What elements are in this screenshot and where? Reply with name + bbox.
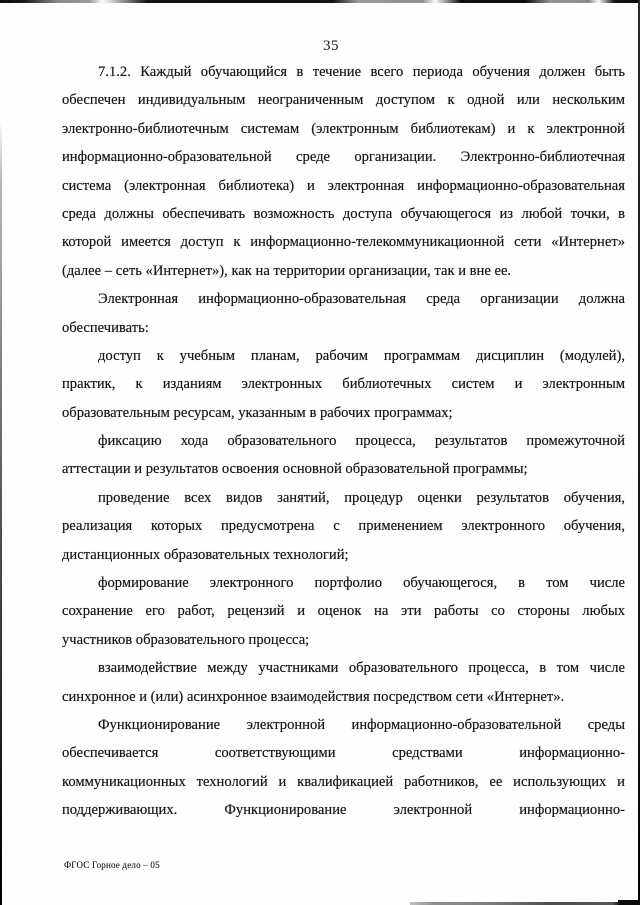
paragraph: Функционирование электронной информацион… — [62, 711, 625, 825]
text-line: коммуникационных технологий и квалификац… — [62, 768, 625, 796]
text-line: реализация которых предусмотрена с приме… — [62, 512, 625, 540]
text-line: поддерживающих. Функционирование электро… — [62, 796, 625, 824]
text-line: Функционирование электронной информацион… — [62, 711, 625, 739]
text-line: (далее – сеть «Интернет»), как на террит… — [62, 257, 625, 285]
text-line: обеспечен индивидуальным неограниченным … — [62, 86, 625, 114]
text-line: взаимодействие между участниками образов… — [62, 654, 625, 682]
scan-artifact-top-edge — [0, 0, 640, 3]
text-line: обеспечивать: — [62, 314, 625, 342]
text-line: практик, к изданиям электронных библиоте… — [62, 370, 625, 398]
text-line: электронно-библиотечным системам (электр… — [62, 115, 625, 143]
paragraph: фиксацию хода образовательного процесса,… — [62, 427, 625, 484]
paragraph: Электронная информационно-образовательна… — [62, 285, 625, 342]
text-line: Электронная информационно-образовательна… — [62, 285, 625, 313]
document-body: 7.1.2. Каждый обучающийся в течение всег… — [62, 58, 625, 825]
text-line: информационно-образовательной среде орга… — [62, 143, 625, 171]
paragraph: взаимодействие между участниками образов… — [62, 654, 625, 711]
scanned-document-page: 35 7.1.2. Каждый обучающийся в течение в… — [0, 0, 640, 905]
paragraph: 7.1.2. Каждый обучающийся в течение всег… — [62, 58, 625, 285]
paragraph: проведение всех видов занятий, процедур … — [62, 484, 625, 569]
text-line: среда должны обеспечивать возможность до… — [62, 200, 625, 228]
scan-artifact-left-edge — [0, 120, 2, 905]
text-line: синхронное и (или) асинхронное взаимодей… — [62, 683, 625, 711]
paragraph: доступ к учебным планам, рабочим програм… — [62, 342, 625, 427]
text-line: дистанционных образовательных технологий… — [62, 541, 625, 569]
scan-artifact-bottom-right-corner — [618, 900, 640, 905]
text-line: проведение всех видов занятий, процедур … — [62, 484, 625, 512]
text-line: которой имеется доступ к информационно-т… — [62, 228, 625, 256]
text-line: образовательным ресурсам, указанным в ра… — [62, 399, 625, 427]
text-line: обеспечивается соответствующими средства… — [62, 739, 625, 767]
text-line: 7.1.2. Каждый обучающийся в течение всег… — [62, 58, 625, 86]
text-line: фиксацию хода образовательного процесса,… — [62, 427, 625, 455]
page-number: 35 — [0, 38, 640, 55]
text-line: доступ к учебным планам, рабочим програм… — [62, 342, 625, 370]
text-line: система (электронная библиотека) и элект… — [62, 172, 625, 200]
footer-document-code: ФГОС Горное дело – 05 — [64, 860, 160, 870]
text-line: аттестации и результатов освоения основн… — [62, 455, 625, 483]
text-line: формирование электронного портфолио обуч… — [62, 569, 625, 597]
text-line: сохранение его работ, рецензий и оценок … — [62, 597, 625, 625]
paragraph: формирование электронного портфолио обуч… — [62, 569, 625, 654]
text-line: участников образовательного процесса; — [62, 626, 625, 654]
